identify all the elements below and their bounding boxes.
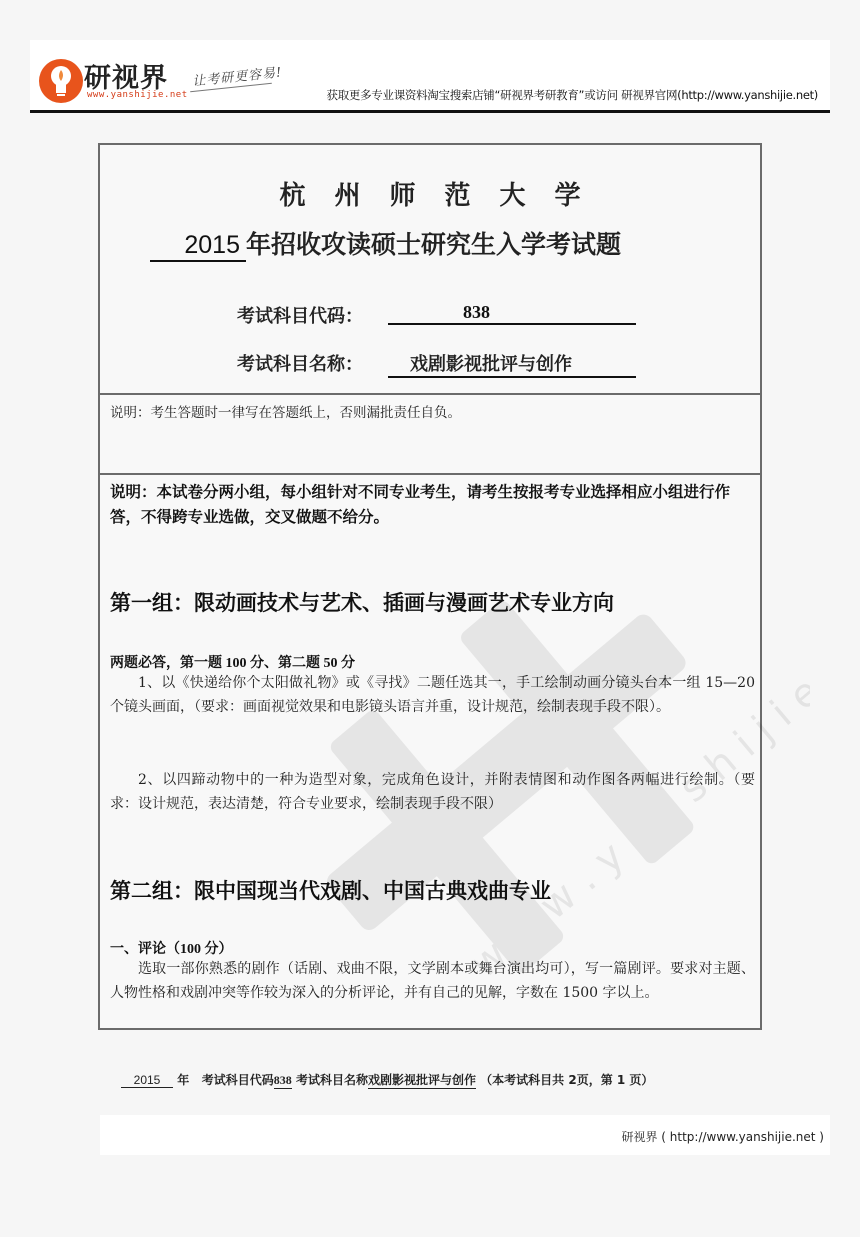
lightbulb-logo-icon [38, 58, 84, 104]
exam-year: 2015 [150, 231, 246, 262]
group2-section: 一、评论（100 分） [110, 938, 233, 958]
subject-name-value: 戏剧影视批评与创作 [388, 350, 636, 378]
footer-year-suffix: 年 [177, 1073, 189, 1087]
bottom-bar-text: 研视界 ( http://www.yanshijie.net ) [621, 1128, 824, 1145]
exam-title: 2015年招收攻读硕士研究生入学考试题 [150, 225, 621, 262]
bottom-bar: 研视界 ( http://www.yanshijie.net ) [100, 1115, 830, 1155]
subject-code-label: 考试科目代码： [237, 302, 363, 328]
answer-sheet-note: 说明：考生答题时一律写在答题纸上，否则漏批责任自负。 [110, 401, 461, 421]
logo-url: www.yanshijie.net [87, 90, 188, 100]
header-divider [30, 110, 830, 113]
group-selection-note: 说明：本试卷分两小组，每小组针对不同专业考生，请考生按报考专业选择相应小组进行作… [110, 480, 754, 530]
footer-code-value: 838 [274, 1073, 292, 1089]
footer-year: 2015 [121, 1073, 173, 1088]
header-info-text: 获取更多专业课资料淘宝搜索店铺“研视界考研教育”或访问 研视界官网(http:/… [327, 87, 819, 103]
subject-name-label: 考试科目名称： [237, 350, 363, 376]
row-divider [100, 393, 760, 395]
row-divider [100, 473, 760, 475]
footer-name-value: 戏剧影视批评与创作 [368, 1071, 476, 1089]
group1-heading: 第一组：限动画技术与艺术、插画与漫画艺术专业方向 [110, 587, 614, 617]
page-footer: 2015 年 考试科目代码838 考试科目名称戏剧影视批评与创作 （本考试科目共… [121, 1071, 653, 1089]
footer-page-info: （本考试科目共 2页，第 1 页） [480, 1073, 653, 1087]
footer-code-label: 考试科目代码 [202, 1073, 274, 1087]
group1-question-1: 1、以《快递给你个太阳做礼物》或《寻找》二题任选其一，手工绘制动画分镜头台本一组… [110, 672, 755, 719]
exam-title-suffix: 年招收攻读硕士研究生入学考试题 [246, 230, 621, 259]
site-header: 研视界 www.yanshijie.net 让考研更容易! 获取更多专业课资料淘… [30, 40, 830, 112]
subject-code-value: 838 [388, 302, 636, 325]
group1-instruction: 两题必答，第一题 100 分、第二题 50 分 [110, 652, 355, 672]
group1-question-2: 2、以四蹄动物中的一种为造型对象，完成角色设计，并附表情图和动作图各两幅进行绘制… [110, 769, 755, 816]
group2-question-1: 选取一部你熟悉的剧作（话剧、戏曲不限，文学剧本或舞台演出均可），写一篇剧评。要求… [110, 958, 755, 1005]
group2-heading: 第二组：限中国现当代戏剧、中国古典戏曲专业 [110, 875, 551, 905]
exam-paper-box: w w w . y a n s h i j i e . n e t 杭州师范大学… [98, 143, 762, 1030]
university-name: 杭州师范大学 [100, 175, 760, 212]
footer-name-label: 考试科目名称 [296, 1073, 368, 1087]
